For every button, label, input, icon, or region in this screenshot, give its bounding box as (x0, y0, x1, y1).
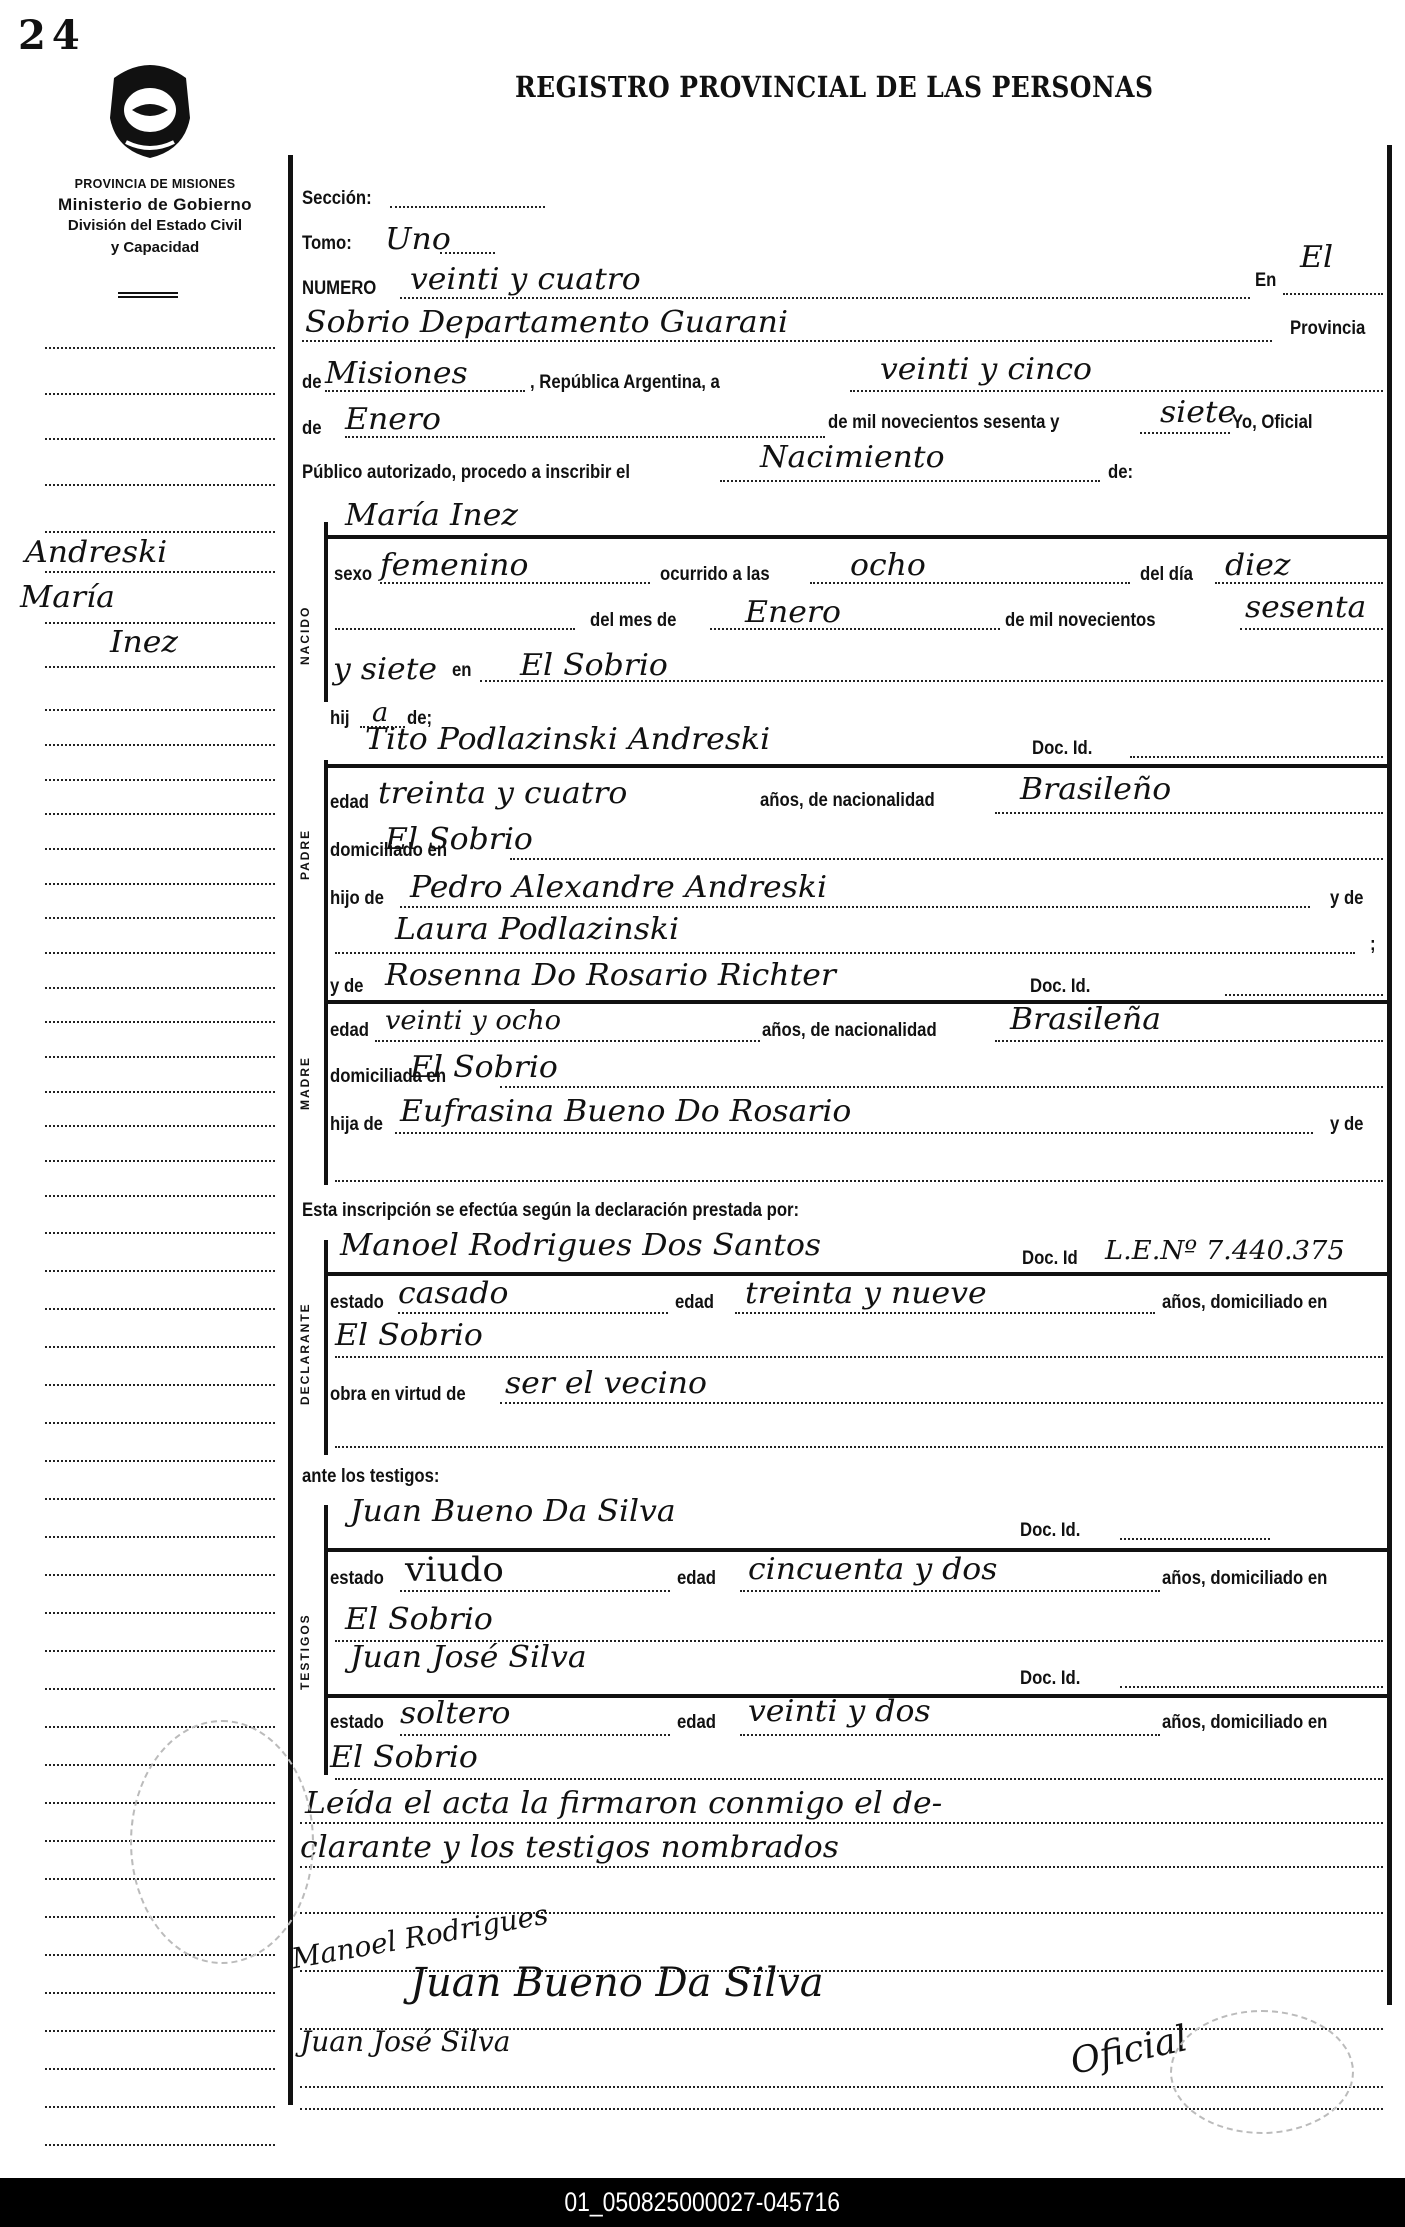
closing-line-2-rule (300, 1866, 1383, 1868)
margin-line (45, 1574, 275, 1576)
padre-name-underline (328, 764, 1387, 768)
file-id-footer: 01_050825000027-045716 (0, 2178, 1405, 2227)
nacido-section-label: NACIDO (298, 606, 312, 665)
mes-prefix-line (335, 628, 575, 630)
day-field-line (850, 390, 1383, 392)
padre-yde-label: y de (1330, 888, 1363, 910)
padre-nac-label: años, de nacionalidad (760, 790, 935, 812)
witness-1-edad-field-line (740, 1590, 1160, 1592)
testigos-section-border (324, 1505, 328, 1775)
madre-yde2-label: y de (1330, 1114, 1363, 1136)
madre-hija-label: hija de (330, 1114, 383, 1136)
anio-label: de mil novecientos (1005, 610, 1156, 632)
declarante-name-value[interactable]: Manoel Rodrigues Dos Santos (340, 1228, 821, 1263)
signature-witness-1: Juan Bueno Da Silva (410, 1960, 824, 2006)
madre-section-border (324, 975, 328, 1185)
padre-section-border (324, 760, 328, 975)
year-value[interactable]: siete (1160, 395, 1236, 430)
month-field-line (345, 436, 825, 438)
org-division: División del Estado Civil (20, 218, 290, 234)
madre-continuation-line (335, 1180, 1383, 1182)
place-value[interactable]: Sobrio Departamento Guarani (305, 305, 788, 340)
madre-name-value[interactable]: Rosenna Do Rosario Richter (385, 958, 836, 993)
margin-line (45, 1612, 275, 1614)
padre-dom-value[interactable]: El Sobrio (385, 822, 533, 857)
witness-1-dom-value[interactable]: El Sobrio (345, 1602, 493, 1637)
padre-madre-de-value[interactable]: Laura Podlazinski (395, 912, 679, 947)
madre-edad-label: edad (330, 1020, 369, 1042)
testigos-intro-label: ante los testigos: (302, 1466, 440, 1488)
hora-value[interactable]: ocho (850, 548, 926, 583)
madre-padres-field-line (395, 1132, 1313, 1134)
margin-line (45, 666, 275, 668)
margin-line (45, 1308, 275, 1310)
margin-line (45, 1498, 275, 1500)
witness-1-estado-field-line (400, 1590, 670, 1592)
hij-label: hij (330, 708, 350, 730)
anio-value[interactable]: sesenta (1245, 590, 1366, 625)
margin-line (45, 1384, 275, 1386)
declarante-section-label: DECLARANTE (298, 1302, 312, 1405)
declarante-dom-label: años, domiciliado en (1162, 1292, 1327, 1314)
tomo-field-line (440, 252, 495, 254)
mes-value[interactable]: Enero (745, 595, 841, 630)
madre-doc-label: Doc. Id. (1030, 976, 1090, 998)
margin-line (45, 571, 275, 573)
witness-1-doc-field[interactable] (1120, 1538, 1270, 1540)
margin-line (45, 744, 275, 746)
declarante-obra-field-line (500, 1402, 1383, 1404)
dia-label: del día (1140, 564, 1193, 586)
tomo-label: Tomo: (302, 233, 352, 255)
sexo-field-line (380, 582, 650, 584)
testigos-section-label: TESTIGOS (298, 1613, 312, 1690)
lugar-field-line (480, 680, 1383, 682)
witness-2-edad-value[interactable]: veinti y dos (748, 1694, 931, 1729)
padre-name-value[interactable]: Tito Podlazinski Andreski (365, 722, 770, 757)
margin-note-surname: Andreski (25, 535, 167, 570)
margin-line (45, 1232, 275, 1234)
month-value[interactable]: Enero (345, 402, 441, 437)
margin-line (45, 709, 275, 711)
right-border (1387, 145, 1392, 2005)
day-value[interactable]: veinti y cinco (880, 352, 1092, 387)
madre-edad-field-line (375, 1040, 760, 1042)
declarante-dom-value[interactable]: El Sobrio (335, 1318, 483, 1353)
witness-2-doc-field[interactable] (1120, 1686, 1383, 1688)
margin-line (45, 1195, 275, 1197)
de-colon-label: de: (1108, 462, 1133, 484)
anio-value-continued[interactable]: y siete (333, 652, 437, 687)
witness-1-dom-label: años, domiciliado en (1162, 1568, 1327, 1590)
padre-edad-label: edad (330, 792, 369, 814)
dia-value[interactable]: diez (1225, 548, 1290, 583)
witness-2-dom-label: años, domiciliado en (1162, 1712, 1327, 1734)
publico-label: Público autorizado, procedo a inscribir … (302, 462, 630, 484)
witness-2-doc-label: Doc. Id. (1020, 1668, 1080, 1690)
margin-line (45, 1021, 275, 1023)
madre-name-underline (328, 1000, 1387, 1004)
padre-nac-field-line (995, 812, 1383, 814)
madre-edad-value[interactable]: veinti y ocho (385, 1006, 561, 1036)
witness-1-edad-value[interactable]: cincuenta y dos (748, 1552, 997, 1587)
provincia-label: Provincia (1290, 318, 1365, 340)
padre-madre-de-field-line (335, 952, 1355, 954)
padre-hijo-label: hijo de (330, 888, 384, 910)
padre-dom-field-line (510, 858, 1383, 860)
witness-2-dom-value[interactable]: El Sobrio (330, 1740, 478, 1775)
declarante-edad-label: edad (675, 1292, 714, 1314)
witness-2-estado-value[interactable]: soltero (400, 1696, 511, 1731)
margin-line (45, 438, 275, 440)
padre-section-label: PADRE (298, 829, 312, 880)
declarante-continuation-line (335, 1446, 1383, 1448)
republica-label: , República Argentina, a (530, 372, 720, 394)
witness-1-doc-label: Doc. Id. (1020, 1520, 1080, 1542)
file-id: 01_050825000027-045716 (565, 2178, 841, 2227)
margin-line (45, 1422, 275, 1424)
mes-field-line (710, 628, 1000, 630)
nacido-name-underline (328, 535, 1387, 539)
org-ministry: Ministerio de Gobierno (20, 196, 290, 214)
witness-2-edad-field-line (740, 1734, 1160, 1736)
witness-1-name-value[interactable]: Juan Bueno Da Silva (350, 1494, 676, 1529)
madre-section-label: MADRE (298, 1056, 312, 1110)
official-seal-stamp (1170, 2010, 1354, 2134)
lugar-en-label: en (452, 660, 472, 682)
witness-2-estado-label: estado (330, 1712, 384, 1734)
provincia-field-line (325, 390, 525, 392)
de-month-label: de (302, 418, 322, 440)
padre-padre-de-field-line (400, 906, 1310, 908)
numero-value[interactable]: veinti y cuatro (410, 262, 641, 297)
year-label: de mil novecientos sesenta y (828, 412, 1059, 434)
margin-line (45, 1270, 275, 1272)
margin-line (45, 622, 275, 624)
madre-nac-value[interactable]: Brasileña (1010, 1002, 1161, 1037)
margin-line (45, 813, 275, 815)
seccion-label: Sección: (302, 188, 372, 210)
margin-line (45, 1125, 275, 1127)
seccion-field[interactable] (390, 206, 545, 208)
madre-padres-value[interactable]: Eufrasina Bueno Do Rosario (400, 1094, 851, 1129)
margin-line (45, 1536, 275, 1538)
witness-2-dom-field-line (335, 1778, 1383, 1780)
padre-doc-field[interactable] (1130, 756, 1383, 758)
margin-line (45, 2068, 275, 2070)
margin-note-given-name: María (20, 580, 115, 615)
org-divider (118, 292, 178, 298)
margin-line (45, 779, 275, 781)
declarante-estado-label: estado (330, 1292, 384, 1314)
margin-line (45, 531, 275, 533)
witness-2-name-value[interactable]: Juan José Silva (350, 1640, 587, 1675)
numero-label: NUMERO (302, 278, 376, 300)
page-number: 24 (18, 12, 86, 59)
declarante-obra-value[interactable]: ser el vecino (505, 1366, 707, 1401)
nacido-name-value[interactable]: María Inez (345, 498, 518, 533)
de-provincia-label: de (302, 372, 322, 394)
closing-line-1: Leída el acta la firmaron conmigo el de- (305, 1786, 942, 1821)
document-title: REGISTRO PROVINCIAL DE LAS PERSONAS (515, 70, 1153, 104)
witness-2-estado-field-line (400, 1734, 670, 1736)
padre-edad-value[interactable]: treinta y cuatro (378, 776, 627, 811)
margin-line (45, 952, 275, 954)
declarante-doc-label: Doc. Id (1022, 1248, 1078, 1270)
margin-line (45, 393, 275, 395)
margin-line (45, 2144, 275, 2146)
margin-line (45, 347, 275, 349)
org-capacity: y Capacidad (20, 240, 290, 256)
margin-line (45, 1992, 275, 1994)
padre-nac-value[interactable]: Brasileño (1020, 772, 1171, 807)
madre-dom-field-line (500, 1086, 1383, 1088)
declarante-doc-value[interactable]: L.E.Nº 7.440.375 (1105, 1236, 1345, 1266)
org-province: PROVINCIA DE MISIONES (20, 178, 290, 191)
margin-line (45, 1650, 275, 1652)
madre-dom-value[interactable]: El Sobrio (410, 1050, 558, 1085)
padre-doc-label: Doc. Id. (1032, 738, 1092, 760)
mes-label: del mes de (590, 610, 676, 632)
anio-field-line (1240, 628, 1383, 630)
witness-1-estado-label: estado (330, 1568, 384, 1590)
margin-line (45, 1091, 275, 1093)
margin-line (45, 484, 275, 486)
year-field-line (1140, 432, 1230, 434)
madre-nac-field-line (995, 1040, 1383, 1042)
declarante-dom-field-line (335, 1356, 1383, 1358)
nacido-section-border (324, 522, 328, 702)
declarante-intro-label: Esta inscripción se efectúa según la dec… (302, 1200, 799, 1222)
dia-field-line (1215, 582, 1383, 584)
padre-padre-de-value[interactable]: Pedro Alexandre Andreski (410, 870, 827, 905)
en-field-line (1283, 293, 1383, 295)
declarante-obra-label: obra en virtud de (330, 1384, 466, 1406)
provincia-value[interactable]: Misiones (325, 356, 468, 391)
acto-value[interactable]: Nacimiento (760, 440, 945, 475)
lugar-value[interactable]: El Sobrio (520, 648, 668, 683)
declarante-edad-value[interactable]: treinta y nueve (745, 1276, 987, 1311)
padre-semicolon: ; (1370, 934, 1376, 956)
en-label: En (1255, 270, 1276, 292)
margin-line (45, 987, 275, 989)
witness-1-estado-value[interactable]: viudo (405, 1550, 504, 1590)
sexo-value[interactable]: femenino (380, 548, 528, 583)
hora-label: ocurrido a las (660, 564, 770, 586)
margin-line (45, 2106, 275, 2108)
witness-1-edad-label: edad (677, 1568, 716, 1590)
margin-note-middle-name: Inez (110, 625, 178, 660)
declarante-estado-value[interactable]: casado (398, 1276, 508, 1311)
madre-nac-label: años, de nacionalidad (762, 1020, 937, 1042)
closing-line-2: clarante y los testigos nombrados (300, 1830, 839, 1865)
declarante-estado-field-line (398, 1312, 668, 1314)
declarante-edad-field-line (735, 1312, 1155, 1314)
place-field-line (302, 340, 1272, 342)
margin-line (45, 1460, 275, 1462)
margin-line (45, 917, 275, 919)
margin-line (45, 1056, 275, 1058)
margin-line (45, 2030, 275, 2032)
provincial-crest-icon (102, 58, 198, 162)
official-seal-stamp (130, 1720, 314, 1964)
margin-line (45, 848, 275, 850)
signature-witness-2: Juan José Silva (300, 2025, 510, 2058)
sexo-label: sexo (334, 564, 372, 586)
margin-line (45, 1346, 275, 1348)
margin-line (45, 1160, 275, 1162)
witness-2-edad-label: edad (677, 1712, 716, 1734)
madre-yde-label: y de (330, 976, 363, 998)
margin-line (45, 883, 275, 885)
margin-line (45, 1688, 275, 1690)
madre-doc-field[interactable] (1225, 994, 1383, 996)
en-value[interactable]: El (1300, 240, 1333, 275)
closing-line-1-rule (300, 1822, 1383, 1824)
oficial-label: Yo, Oficial (1232, 412, 1313, 434)
numero-field-line (400, 297, 1250, 299)
acto-field-line (720, 480, 1100, 482)
hora-field-line (810, 582, 1130, 584)
